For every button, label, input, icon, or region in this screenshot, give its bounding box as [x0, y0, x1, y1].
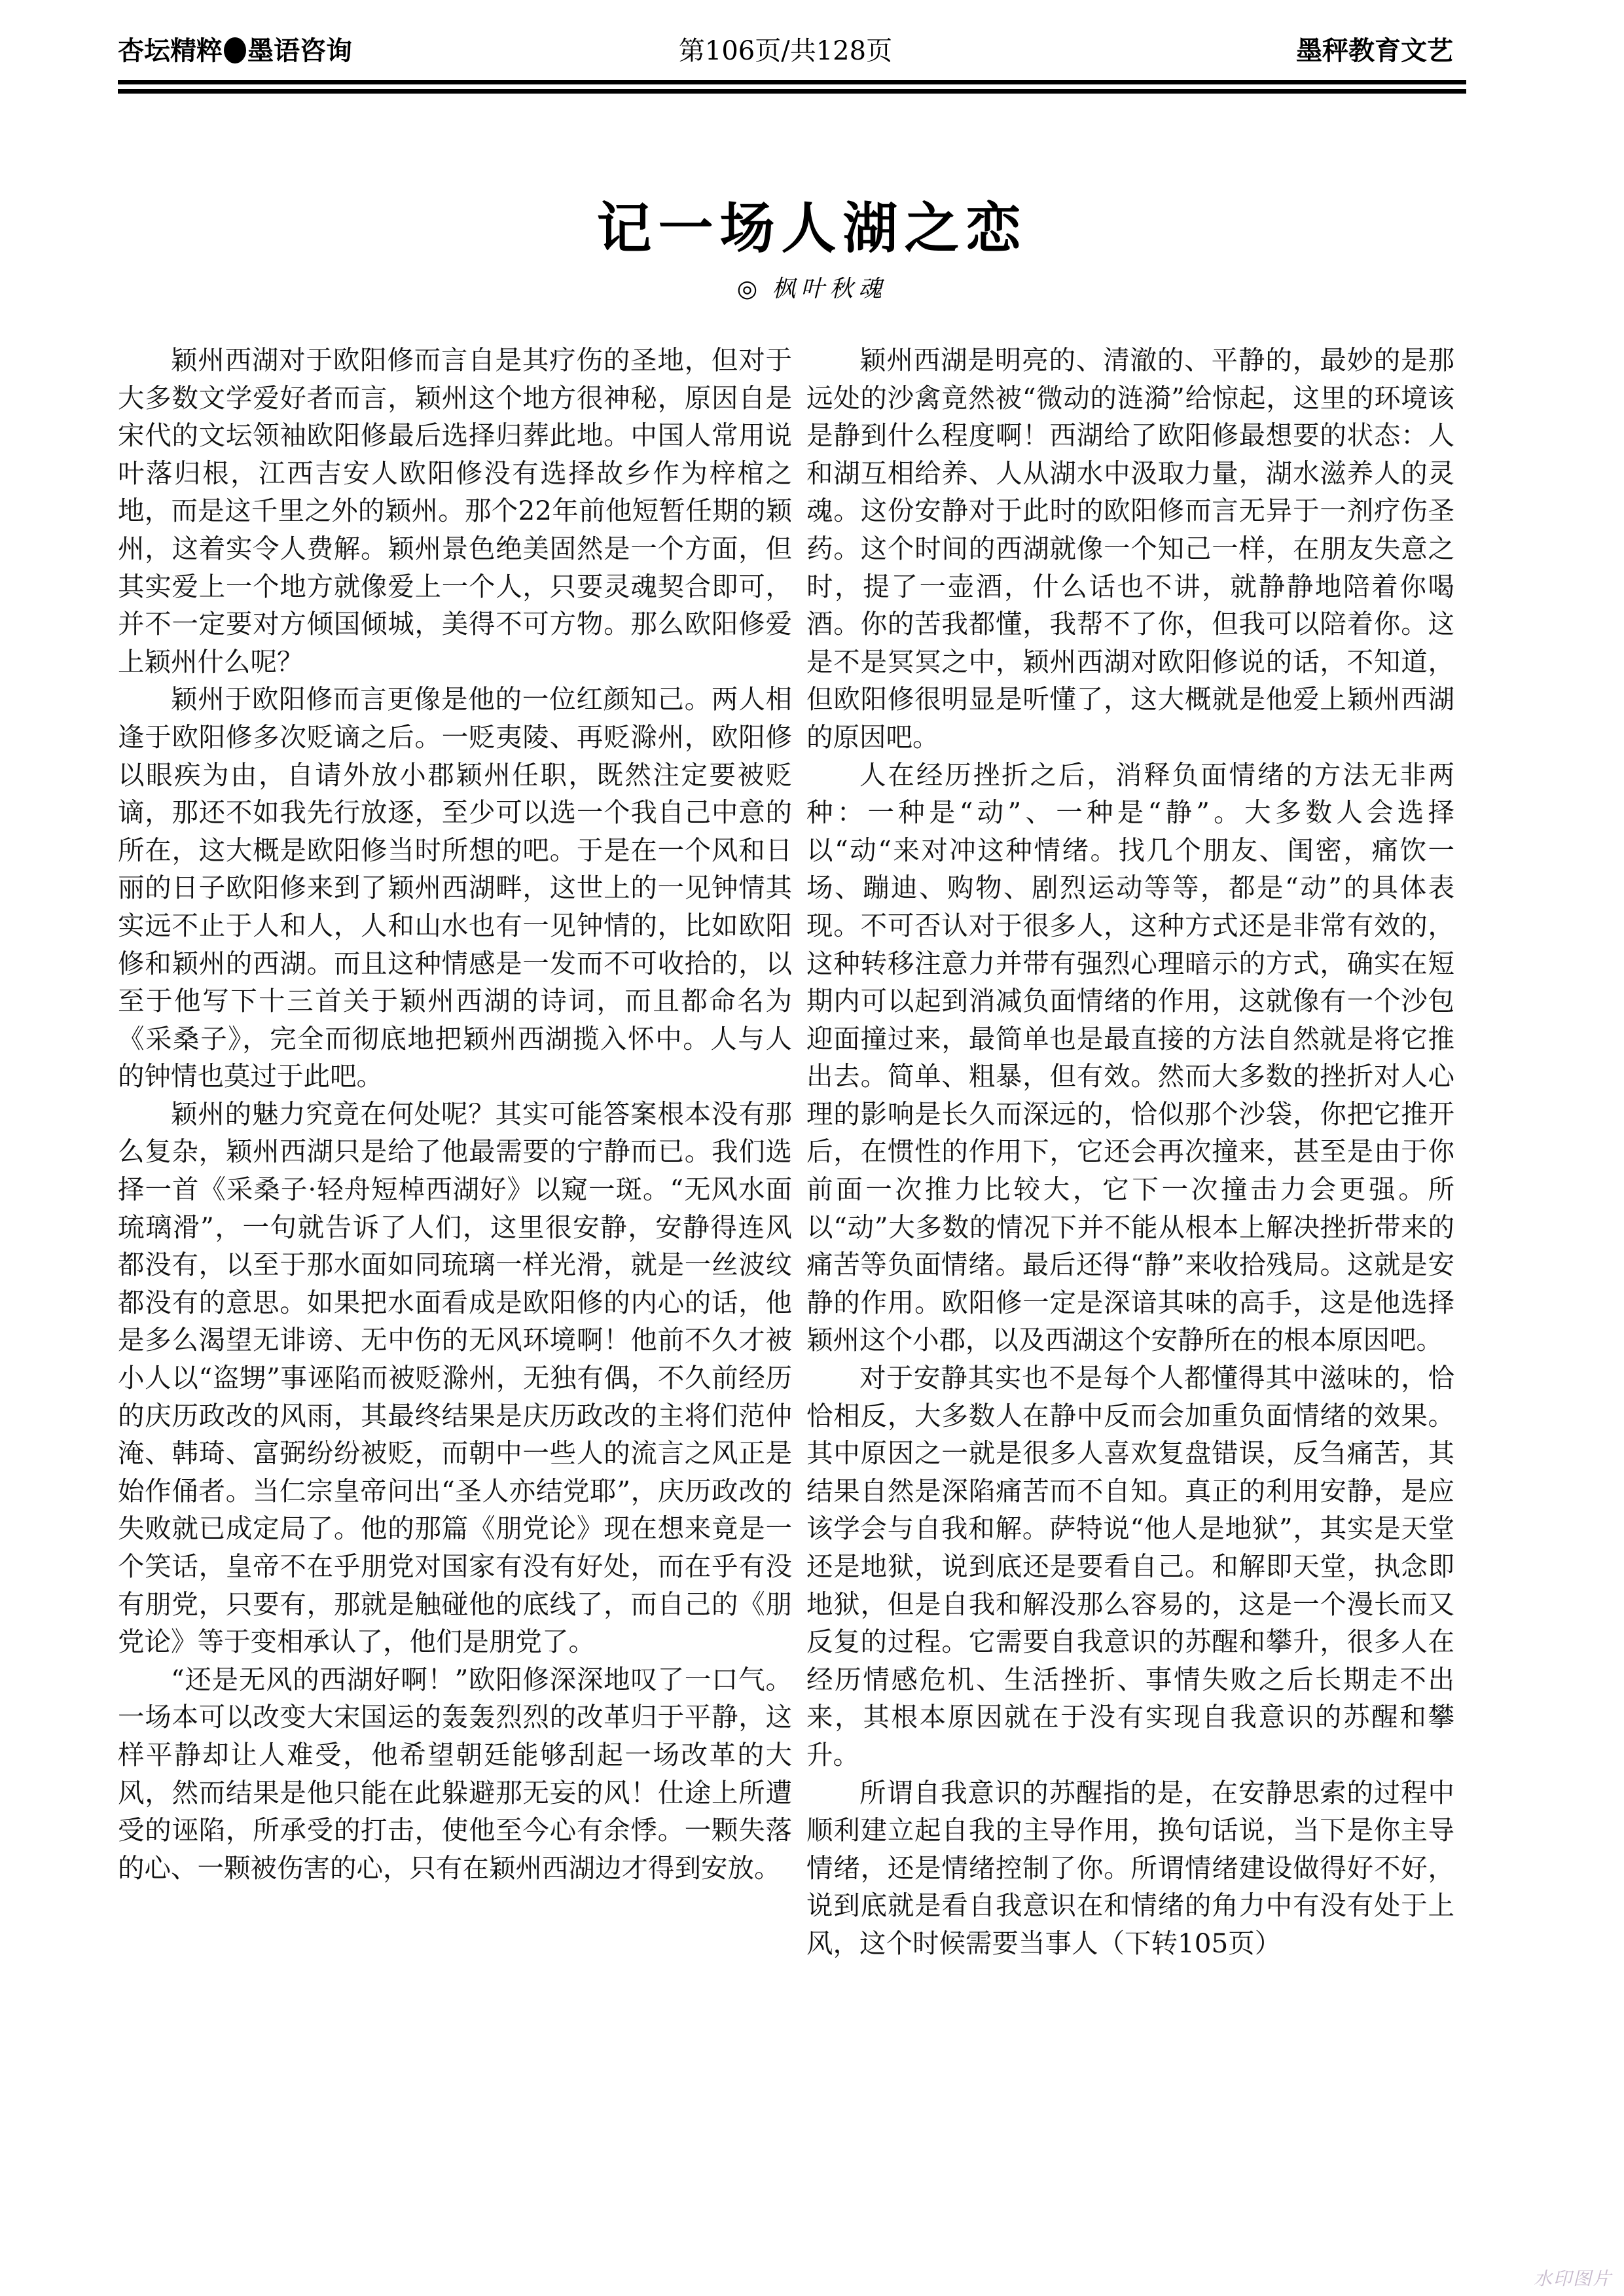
header-column-name: 墨秤教育文艺 [1296, 31, 1453, 71]
article-column-right: 颖州西湖是明亮的、清澈的、平静的，最妙的是那远处的沙禽竟然被“微动的涟漪”给惊起… [806, 342, 1454, 1963]
header-rule-bottom [118, 89, 1466, 94]
paragraph: 对于安静其实也不是每个人都懂得其中滋味的，恰恰相反，大多数人在静中反而会加重负面… [806, 1359, 1454, 1774]
double-circle-icon: ◎ [737, 276, 757, 302]
article-column-left: 颖州西湖对于欧阳修而言自是其疗伤的圣地，但对于大多数文学爱好者而言，颖州这个地方… [118, 342, 792, 1887]
paragraph: 所谓自我意识的苏醒指的是，在安静思索的过程中顺利建立起自我的主导作用，换句话说，… [806, 1774, 1454, 1963]
page-number: 第106页/共128页 [118, 31, 1453, 71]
paragraph: 颖州西湖是明亮的、清澈的、平静的，最妙的是那远处的沙禽竟然被“微动的涟漪”给惊起… [806, 342, 1454, 757]
author-name: 枫叶秋魂 [772, 276, 887, 302]
header-rule-top [118, 80, 1466, 84]
paragraph: 颖州西湖对于欧阳修而言自是其疗伤的圣地，但对于大多数文学爱好者而言，颖州这个地方… [118, 342, 792, 681]
paragraph: “还是无风的西湖好啊！”欧阳修深深地叹了一口气。一场本可以改变大宋国运的轰轰烈烈… [118, 1661, 792, 1888]
paragraph: 颖州的魅力究竟在何处呢？其实可能答案根本没有那么复杂，颖州西湖只是给了他最需要的… [118, 1096, 792, 1661]
paragraph: 颖州于欧阳修而言更像是他的一位红颜知己。两人相逢于欧阳修多次贬谪之后。一贬夷陵、… [118, 681, 792, 1096]
paragraph: 人在经历挫折之后，消释负面情绪的方法无非两种：一种是“动”、一种是“静”。大多数… [806, 757, 1454, 1360]
watermark: 水印图片 [1534, 2265, 1612, 2291]
article-title: 记一场人湖之恋 [0, 192, 1624, 264]
page-header: 杏坛精粹墨语咨询 第106页/共128页 墨秤教育文艺 [118, 31, 1453, 71]
article-byline: ◎枫叶秋魂 [0, 270, 1624, 309]
